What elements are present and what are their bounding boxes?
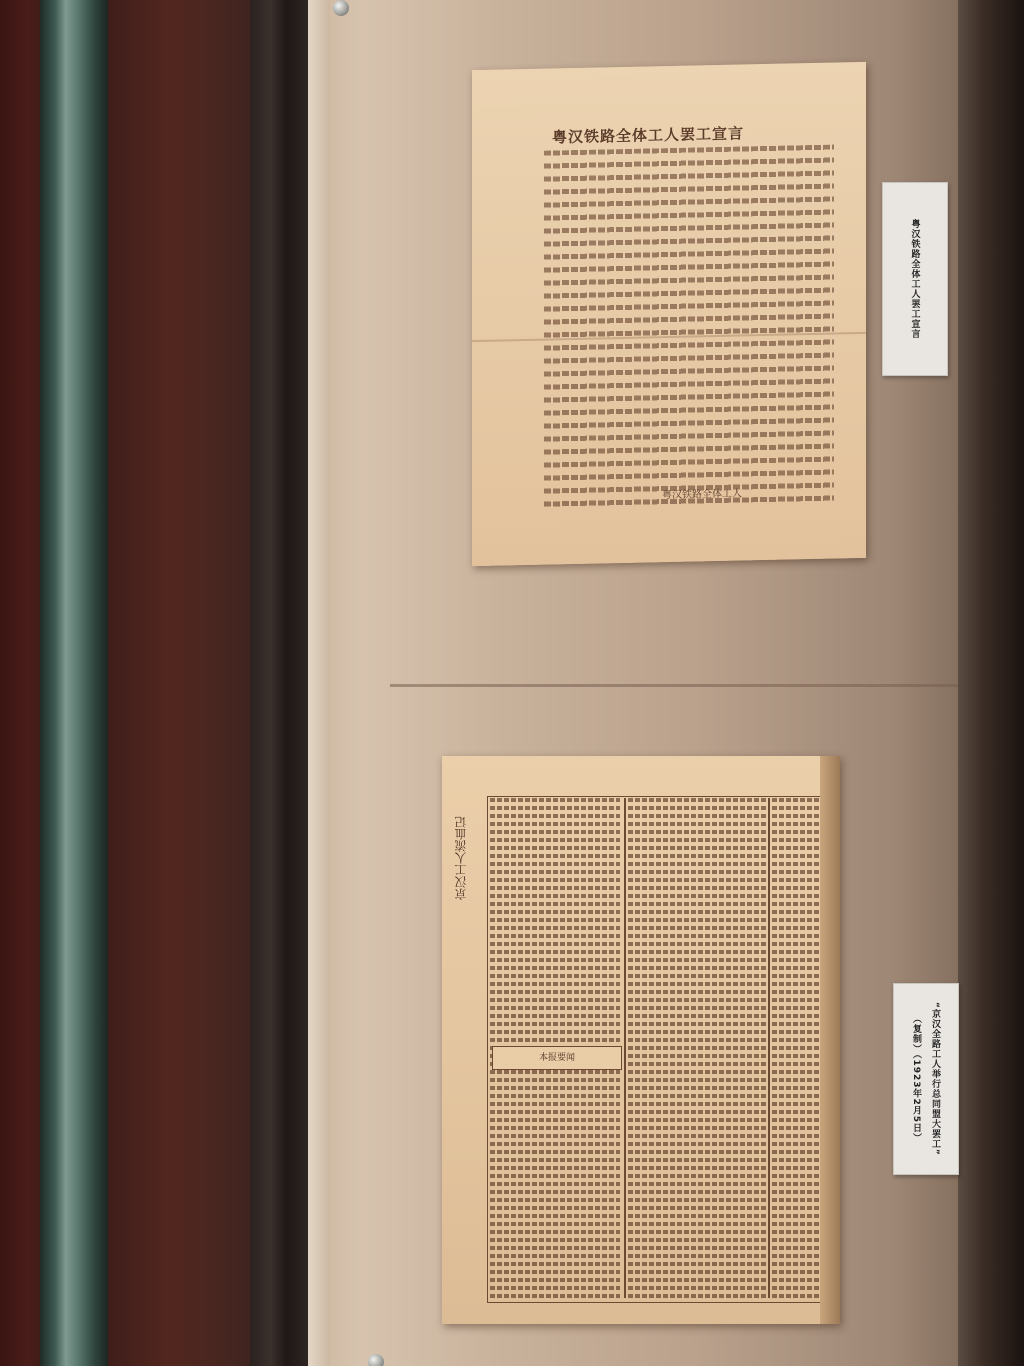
glass-reflection <box>108 0 258 1366</box>
exhibit-label-proclamation: 粤汉铁路全体工人罢工宣言 <box>882 182 948 376</box>
label-text: “京汉全路工人举行总同盟大罢工” <box>929 1002 942 1156</box>
proclamation-document: 粤汉铁路全体工人罢工宣言 粤汉铁路全体工人 <box>472 62 866 566</box>
exhibit-label-newspaper: “京汉全路工人举行总同盟大罢工” （复制）（1923年2月5日） <box>893 983 959 1175</box>
newspaper-column <box>772 798 824 1298</box>
label-text: 粤汉铁路全体工人罢工宣言 <box>909 219 922 339</box>
proclamation-signature: 粤汉铁路全体工人 <box>662 484 742 501</box>
newspaper-document: 京汉工人流血记 本报要闻 <box>442 756 840 1324</box>
newspaper-curled-edge <box>820 756 840 1324</box>
acrylic-panel-seam <box>390 684 958 687</box>
newspaper-section-box: 本报要闻 <box>492 1046 622 1070</box>
column-divider <box>768 798 770 1298</box>
column-divider <box>624 798 626 1298</box>
proclamation-title: 粤汉铁路全体工人罢工宣言 <box>552 122 744 147</box>
metal-handrail <box>40 0 108 1366</box>
case-frame-right <box>958 0 1024 1366</box>
newspaper-column <box>628 798 766 1298</box>
mounting-pin-bottom <box>368 1354 384 1366</box>
mat-board-edge <box>308 0 330 1366</box>
label-subtext: （复制）（1923年2月5日） <box>910 1014 923 1143</box>
case-frame-left <box>250 0 310 1366</box>
newspaper-masthead: 京汉工人流血记 <box>452 816 476 900</box>
museum-display-case: 粤汉铁路全体工人罢工宣言 粤汉铁路全体工人 京汉工人流血记 本报要闻 粤汉铁路全… <box>0 0 1024 1366</box>
proclamation-body-text <box>544 145 834 511</box>
mounting-pin-top <box>333 0 349 16</box>
